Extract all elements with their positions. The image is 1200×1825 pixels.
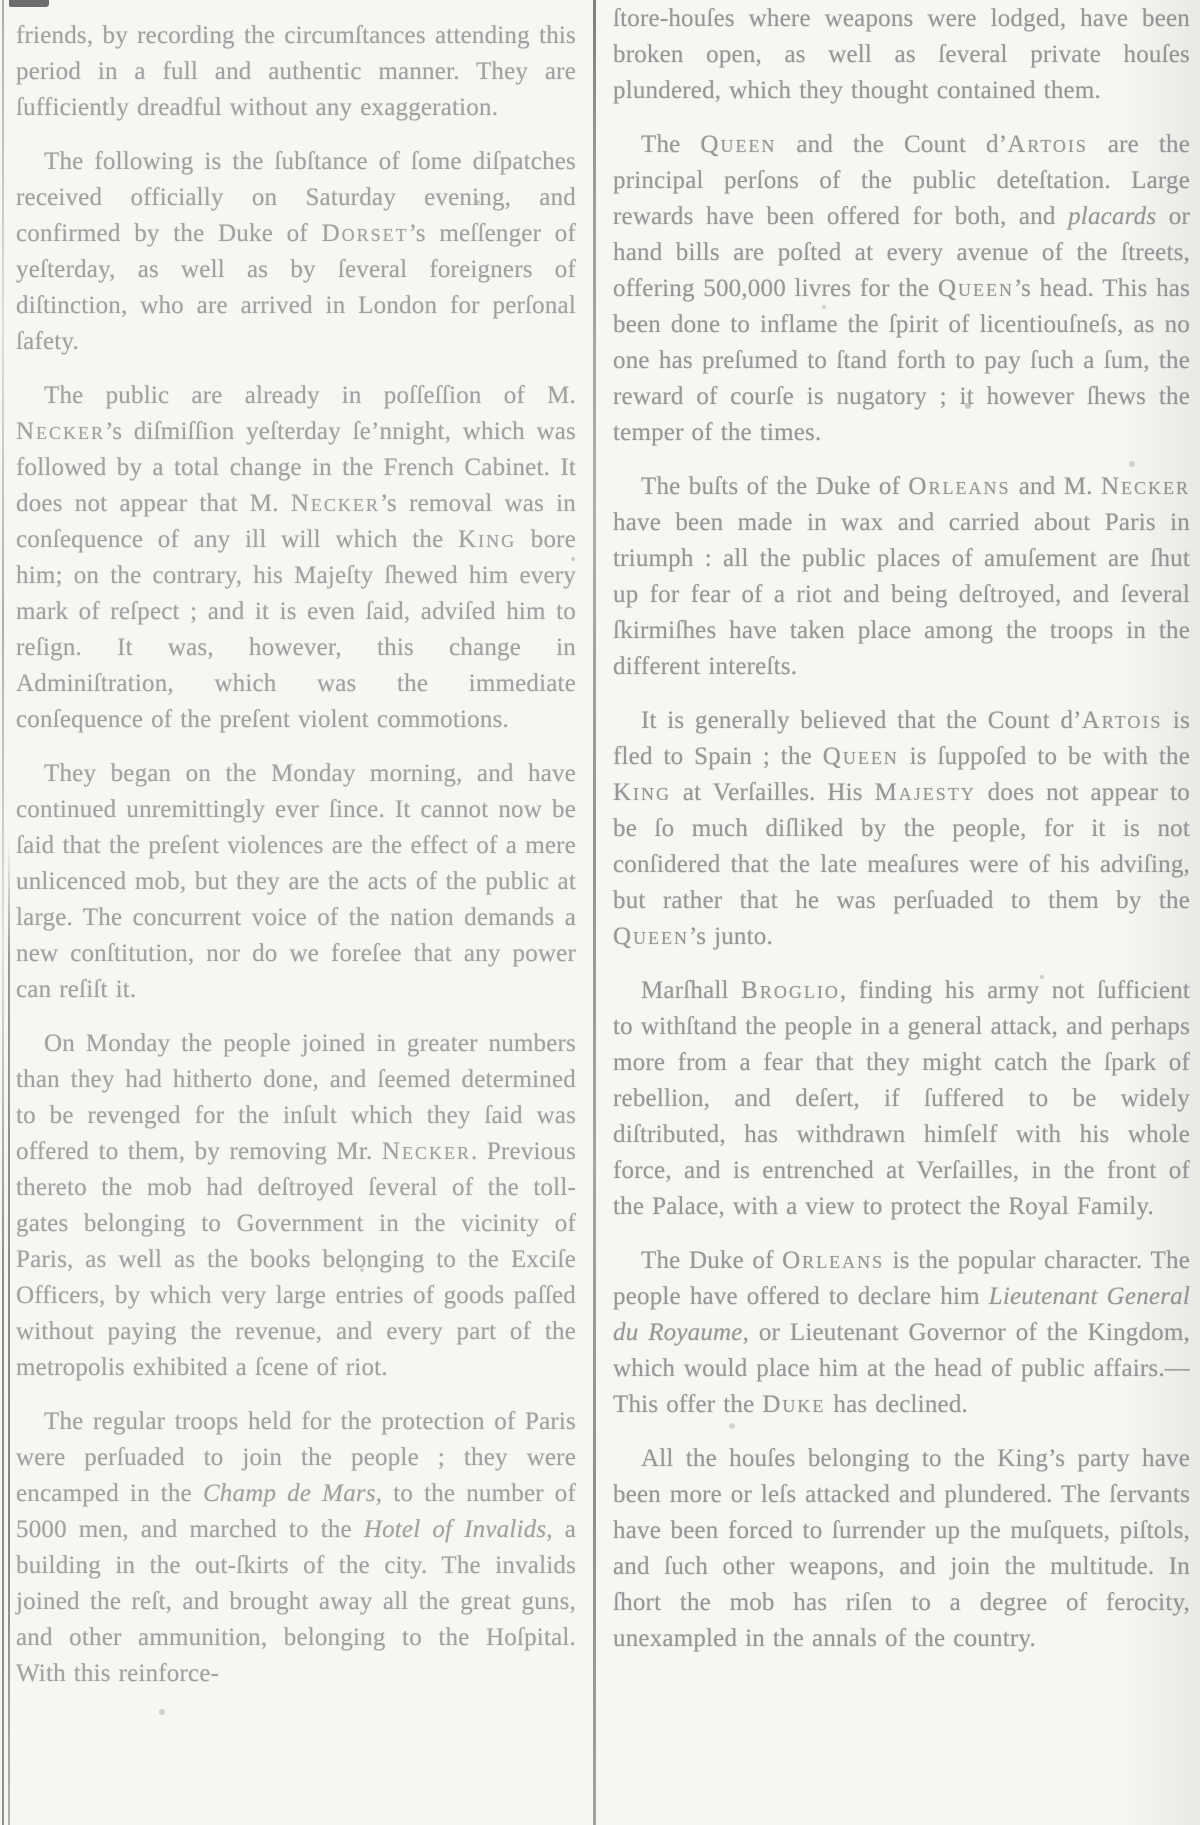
text-column-left: friends, by recording the circumſtances … (16, 18, 576, 1710)
text-segment: Queen (700, 131, 776, 158)
text-segment: at Verſailles. His (671, 779, 875, 806)
text-segment: Queen (938, 275, 1014, 302)
text-segment: Necker (291, 490, 380, 517)
newspaper-page: friends, by recording the circumſtances … (0, 0, 1200, 1825)
text-segment: Champ de Mars (203, 1480, 376, 1507)
paragraph: The public are already in poſſeſſion of … (16, 378, 576, 738)
text-segment: Necker (1101, 473, 1190, 500)
text-segment: . Previous thereto the mob had deſtroyed… (16, 1138, 576, 1381)
paragraph: The regular troops held for the protecti… (16, 1404, 576, 1692)
text-segment: Artois (1007, 131, 1088, 158)
text-segment: The public are already in poſſeſſion of … (44, 382, 576, 409)
paragraph: All the houſes belonging to the King’s p… (613, 1441, 1190, 1657)
text-segment: ’s junto. (689, 923, 773, 950)
text-segment: Necker (16, 418, 105, 445)
text-segment: Broglio (741, 977, 840, 1004)
text-segment: All the houſes belonging to the King’s p… (613, 1445, 1190, 1652)
text-segment: They began on the Monday morning, and ha… (16, 760, 576, 1003)
text-segment: The Duke of (641, 1247, 782, 1274)
paragraph: They began on the Monday morning, and ha… (16, 756, 576, 1008)
text-segment: It is generally believed that the Count … (641, 707, 1082, 734)
text-segment: , finding his army not ſufficient to wit… (613, 977, 1190, 1220)
text-segment: Orleans (908, 473, 1010, 500)
text-segment: The buſts of the Duke of (641, 473, 908, 500)
text-segment: Dorset (322, 220, 409, 247)
page-left-edge-rule-lower (8, 840, 10, 1825)
paragraph: Marſhall Broglio, finding his army not ſ… (613, 973, 1190, 1225)
text-segment: King (613, 779, 671, 806)
text-segment: ſtore-houſes where weapons were lodged, … (613, 5, 1190, 104)
text-segment: Queen (613, 923, 689, 950)
paragraph: The following is the ſubſtance of ſome d… (16, 144, 576, 360)
text-segment: Queen (823, 743, 899, 770)
text-column-right: ſtore-houſes where weapons were lodged, … (613, 1, 1190, 1675)
text-segment: Necker (382, 1138, 471, 1165)
paragraph: The Queen and the Count d’Artois are the… (613, 127, 1190, 451)
text-segment: and M. (1010, 473, 1100, 500)
page-left-edge-rule (2, 0, 4, 1825)
text-segment: placards (1068, 203, 1156, 230)
text-segment: Hotel of Invalids (364, 1516, 546, 1543)
text-segment: has declined. (825, 1391, 968, 1418)
text-segment: have been made in wax and carried about … (613, 509, 1190, 680)
paragraph: On Monday the people joined in greater n… (16, 1026, 576, 1386)
scan-artifact-mark (9, 0, 49, 7)
text-segment: Majesty (875, 779, 976, 806)
text-segment: Duke (762, 1391, 825, 1418)
text-segment: Artois (1082, 707, 1163, 734)
text-segment: Marſhall (641, 977, 741, 1004)
text-segment: friends, by recording the circumſtances … (16, 22, 576, 121)
text-segment: King (458, 526, 516, 553)
paragraph: friends, by recording the circumſtances … (16, 18, 576, 126)
text-segment: The (641, 131, 700, 158)
column-divider-rule (593, 0, 596, 1825)
paragraph: It is generally believed that the Count … (613, 703, 1190, 955)
text-segment: and the Count d’ (776, 131, 1007, 158)
paragraph: The buſts of the Duke of Orleans and M. … (613, 469, 1190, 685)
text-segment: is ſuppoſed to be with the (899, 743, 1190, 770)
paragraph: The Duke of Orleans is the popular chara… (613, 1243, 1190, 1423)
text-segment: Orleans (782, 1247, 884, 1274)
text-segment: bore him; on the contrary, his Majeſty ſ… (16, 526, 576, 733)
paragraph: ſtore-houſes where weapons were lodged, … (613, 1, 1190, 109)
